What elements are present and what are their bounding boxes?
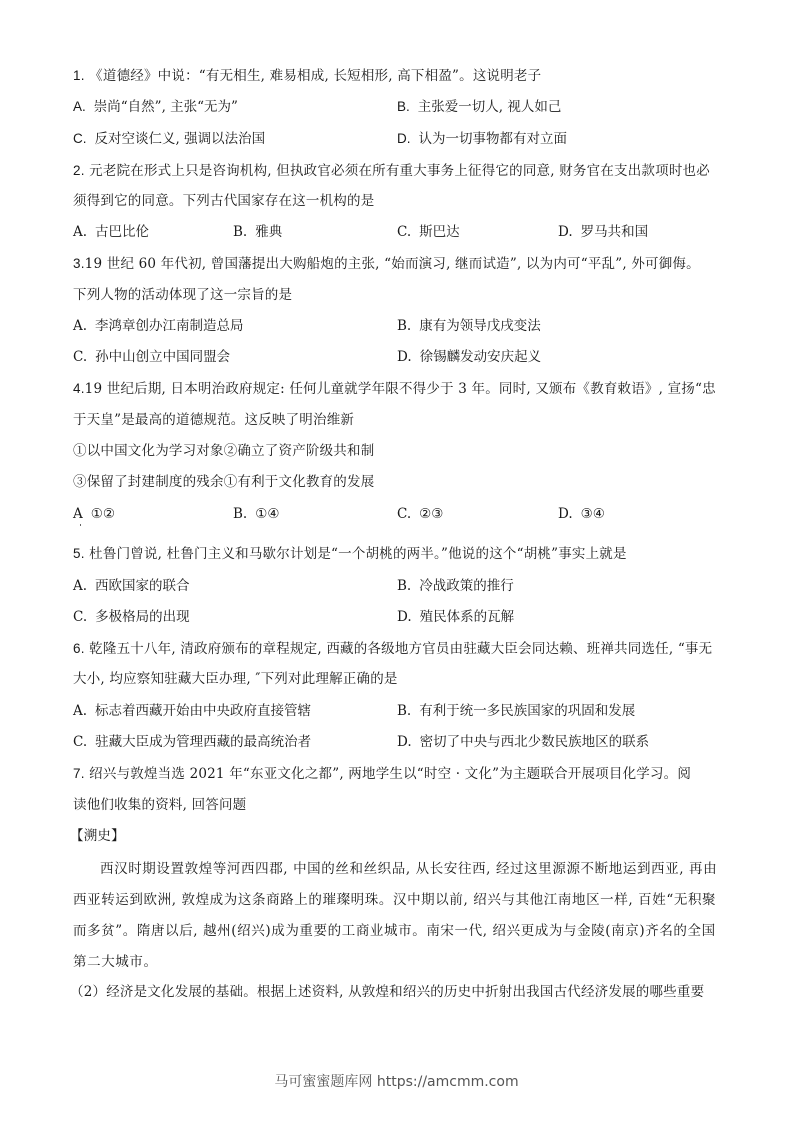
question-text: 19 世纪 60 年代初, 曾国藩提出大购船炮的主张, “始而演习, 继而试造”… — [85, 256, 700, 272]
option-a: A.古巴比伦 — [73, 223, 149, 241]
section-title: 【溯史】 — [70, 827, 125, 845]
question-text: 19 世纪后期, 日本明治政府规定: 任何儿童就学年限不得少于 3 年。同时, … — [85, 381, 716, 397]
footer-watermark: 马可蜜蜜题库网 https://amcmm.com — [0, 1071, 793, 1091]
question-7-stem-cont: 读他们收集的资料, 回答问题 — [73, 796, 246, 814]
option-d: D.徐锡麟发动安庆起义 — [397, 348, 541, 366]
question-7-stem: 7. 绍兴与敦煌当选 2021 年“东亚文化之都”, 两地学生以“时空 · 文化… — [73, 765, 691, 783]
question-2-stem-cont: 须得到它的同意。下列古代国家存在这一机构的是 — [73, 192, 374, 210]
option-c: C.斯巴达 — [397, 223, 460, 241]
option-b: B.雅典 — [233, 223, 282, 241]
question-number: 4. — [73, 381, 85, 396]
question-text: 元老院在形式上只是咨询机构, 但执政官必须在所有重大事务上征得它的同意, 财务官… — [89, 163, 710, 179]
option-a: A①② — [73, 505, 115, 523]
question-6-stem-cont: 大小, 均应察知驻藏大臣办理, ″下列对此理解正确的是 — [73, 670, 398, 688]
question-5-stem: 5. 杜鲁门曾说, 杜鲁门主义和马歇尔计划是“一个胡桃的两半。”他说的这个“胡桃… — [73, 545, 627, 563]
question-4-stem-cont: 于天皇”是最高的道德规范。这反映了明治维新 — [73, 411, 354, 429]
stray-mark — [80, 524, 81, 526]
sub-question-2: （2）经济是文化发展的基础。根据上述资料, 从敦煌和绍兴的历史中折射出我国古代经… — [70, 983, 704, 1001]
option-b: B.主张爱一切人, 视人如己 — [397, 98, 561, 116]
question-4-statements-1: ①以中国文化为学习对象②确立了资产阶级共和制 — [73, 442, 374, 460]
question-4-statements-2: ③保留了封建制度的残余①有利于文化教育的发展 — [73, 473, 374, 491]
question-text: 《道德经》中说：“有无相生, 难易相成, 长短相形, 高下相盈”。这说明老子 — [89, 68, 541, 84]
option-b: B.冷战政策的推行 — [397, 577, 514, 595]
option-c: C.驻藏大臣成为管理西藏的最高统治者 — [73, 733, 311, 751]
option-a: A.崇尚“自然”, 主张“无为” — [73, 98, 238, 116]
option-c: C.多极格局的出现 — [73, 608, 190, 626]
question-text: 绍兴与敦煌当选 2021 年“东亚文化之都”, 两地学生以“时空 · 文化”为主… — [89, 766, 691, 782]
option-c: C.反对空谈仁义, 强调以法治国 — [73, 130, 265, 148]
question-1-stem: 1. 《道德经》中说：“有无相生, 难易相成, 长短相形, 高下相盈”。这说明老… — [73, 67, 541, 85]
option-b: B.①④ — [233, 505, 279, 523]
option-c: C.孙中山创立中国同盟会 — [73, 348, 230, 366]
question-number: 3. — [73, 256, 85, 271]
question-text: 乾隆五十八年, 清政府颁布的章程规定, 西藏的各级地方官员由驻藏大臣会同达赖、班… — [89, 641, 712, 657]
question-number: 5. — [73, 546, 85, 561]
option-d: D.③④ — [558, 505, 605, 523]
option-d: D.罗马共和国 — [558, 223, 648, 241]
option-c: C.②③ — [397, 505, 443, 523]
question-number: 7. — [73, 766, 85, 781]
question-number: 6. — [73, 641, 85, 656]
option-d: D.殖民体系的瓦解 — [397, 608, 514, 626]
option-a: A.李鸿章创办江南制造总局 — [73, 317, 244, 335]
question-2-stem: 2. 元老院在形式上只是咨询机构, 但执政官必须在所有重大事务上征得它的同意, … — [73, 162, 710, 180]
option-d: D.密切了中央与西北少数民族地区的联系 — [397, 733, 649, 751]
option-b: B.康有为领导戊戌变法 — [397, 317, 541, 335]
question-3-stem-cont: 下列人物的活动体现了这一宗旨的是 — [73, 286, 292, 304]
question-3-stem: 3.19 世纪 60 年代初, 曾国藩提出大购船炮的主张, “始而演习, 继而试… — [73, 255, 700, 273]
question-4-stem: 4.19 世纪后期, 日本明治政府规定: 任何儿童就学年限不得少于 3 年。同时… — [73, 380, 716, 398]
option-b: B.有利于统一多民族国家的巩固和发展 — [397, 702, 635, 720]
question-text: 杜鲁门曾说, 杜鲁门主义和马歇尔计划是“一个胡桃的两半。”他说的这个“胡桃”事实… — [89, 546, 627, 562]
source-material-paragraph: 西汉时期设置敦煌等河西四郡, 中国的丝和丝织品, 从长安往西, 经过这里源源不断… — [73, 854, 723, 978]
question-number: 2. — [73, 163, 85, 178]
option-a: A.西欧国家的联合 — [73, 577, 190, 595]
option-d: D.认为一切事物都有对立面 — [397, 130, 567, 148]
option-a: A.标志着西藏开始由中央政府直接管辖 — [73, 702, 311, 720]
question-6-stem: 6. 乾隆五十八年, 清政府颁布的章程规定, 西藏的各级地方官员由驻藏大臣会同达… — [73, 640, 712, 658]
exam-page: 1. 《道德经》中说：“有无相生, 难易相成, 长短相形, 高下相盈”。这说明老… — [0, 0, 793, 1122]
question-number: 1. — [73, 68, 85, 83]
